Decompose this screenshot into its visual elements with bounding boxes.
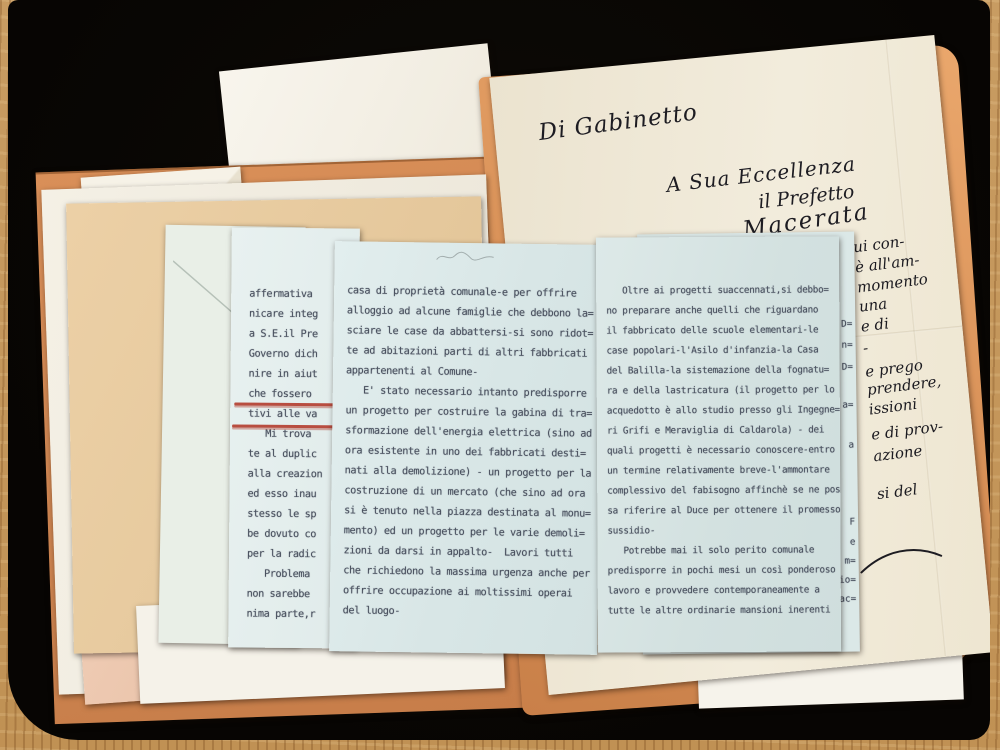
black-mat: Di Gabinetto A Sua Eccellenza il Prefett… (8, 0, 990, 740)
typed-body-right: Oltre ai progetti suaccennati,si debbo=n… (606, 280, 838, 621)
office-note: Di Gabinetto (537, 99, 699, 146)
photo-of-archival-documents: { "handwritten_page": { "office_note": "… (0, 0, 1000, 750)
typed-page-middle: casa di proprietà comunale-e per offrire… (329, 241, 603, 655)
typed-body-middle: casa di proprietà comunale-e per offrire… (343, 281, 600, 624)
typed-page-right: Oltre ai progetti suaccennati,si debbo=n… (596, 236, 841, 652)
pen-flourish-icon (854, 538, 949, 581)
pencil-scribble-icon (435, 248, 497, 265)
